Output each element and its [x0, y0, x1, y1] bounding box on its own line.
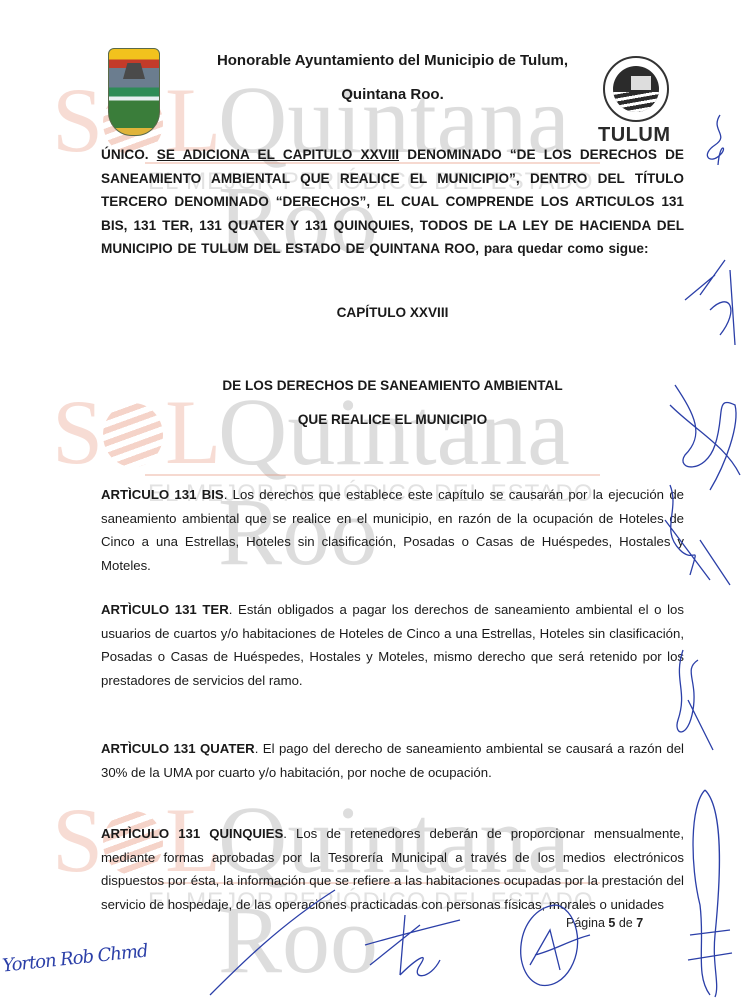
- chapter-number: CAPÍTULO XXVIII: [100, 305, 685, 320]
- unico-paragraph: ÚNICO. SE ADICIONA EL CAPITULO XXVIII DE…: [101, 143, 684, 261]
- chapter-title-line1: DE LOS DERECHOS DE SANEAMIENTO AMBIENTAL: [100, 378, 685, 393]
- signature-bottom-2: [360, 905, 470, 990]
- header-subtitle: Quintana Roo.: [0, 86, 745, 103]
- unico-label: ÚNICO.: [101, 147, 149, 162]
- watermark-brand: SL: [52, 382, 219, 482]
- article-label: ARTÌCULO 131 TER: [101, 602, 229, 617]
- signature-right-2: [665, 375, 745, 500]
- unico-underlined: SE ADICIONA EL CAPITULO XXVIII: [157, 147, 399, 162]
- page-number: Página 5 de 7: [566, 916, 643, 930]
- article-label: ARTÌCULO 131 QUINQUIES: [101, 826, 283, 841]
- signature-initials-top: [690, 110, 740, 175]
- article-label: ARTÌCULO 131 BIS: [101, 487, 224, 502]
- article-label: ARTÌCULO 131 QUATER: [101, 741, 255, 756]
- signature-right-1: [680, 250, 745, 355]
- document-page: SL Quintana Roo EL MEJOR PERIÓDICO DEL E…: [0, 0, 745, 1000]
- unico-tail: para quedar como sigue:: [479, 241, 648, 256]
- article-131-quater: ARTÌCULO 131 QUATER. El pago del derecho…: [101, 737, 684, 784]
- chapter-title-line2: QUE REALICE EL MUNICIPIO: [100, 412, 685, 427]
- header-title: Honorable Ayuntamiento del Municipio de …: [0, 52, 745, 69]
- unico-text: DENOMINADO “DE LOS DERECHOS DE SANEAMIEN…: [101, 147, 684, 256]
- article-131-bis: ARTÌCULO 131 BIS. Los derechos que estab…: [101, 483, 684, 577]
- article-131-quinquies: ARTÌCULO 131 QUINQUIES. Los de retenedor…: [101, 822, 684, 916]
- watermark-rule: [145, 474, 600, 476]
- signature-right-5: [680, 785, 740, 1000]
- watermark: SL Quintana Roo EL MEJOR PERIÓDICO DEL E…: [40, 382, 740, 482]
- handwritten-note: Yorton Rob Chmd: [1, 940, 148, 976]
- article-131-ter: ARTÌCULO 131 TER. Están obligados a paga…: [101, 598, 684, 692]
